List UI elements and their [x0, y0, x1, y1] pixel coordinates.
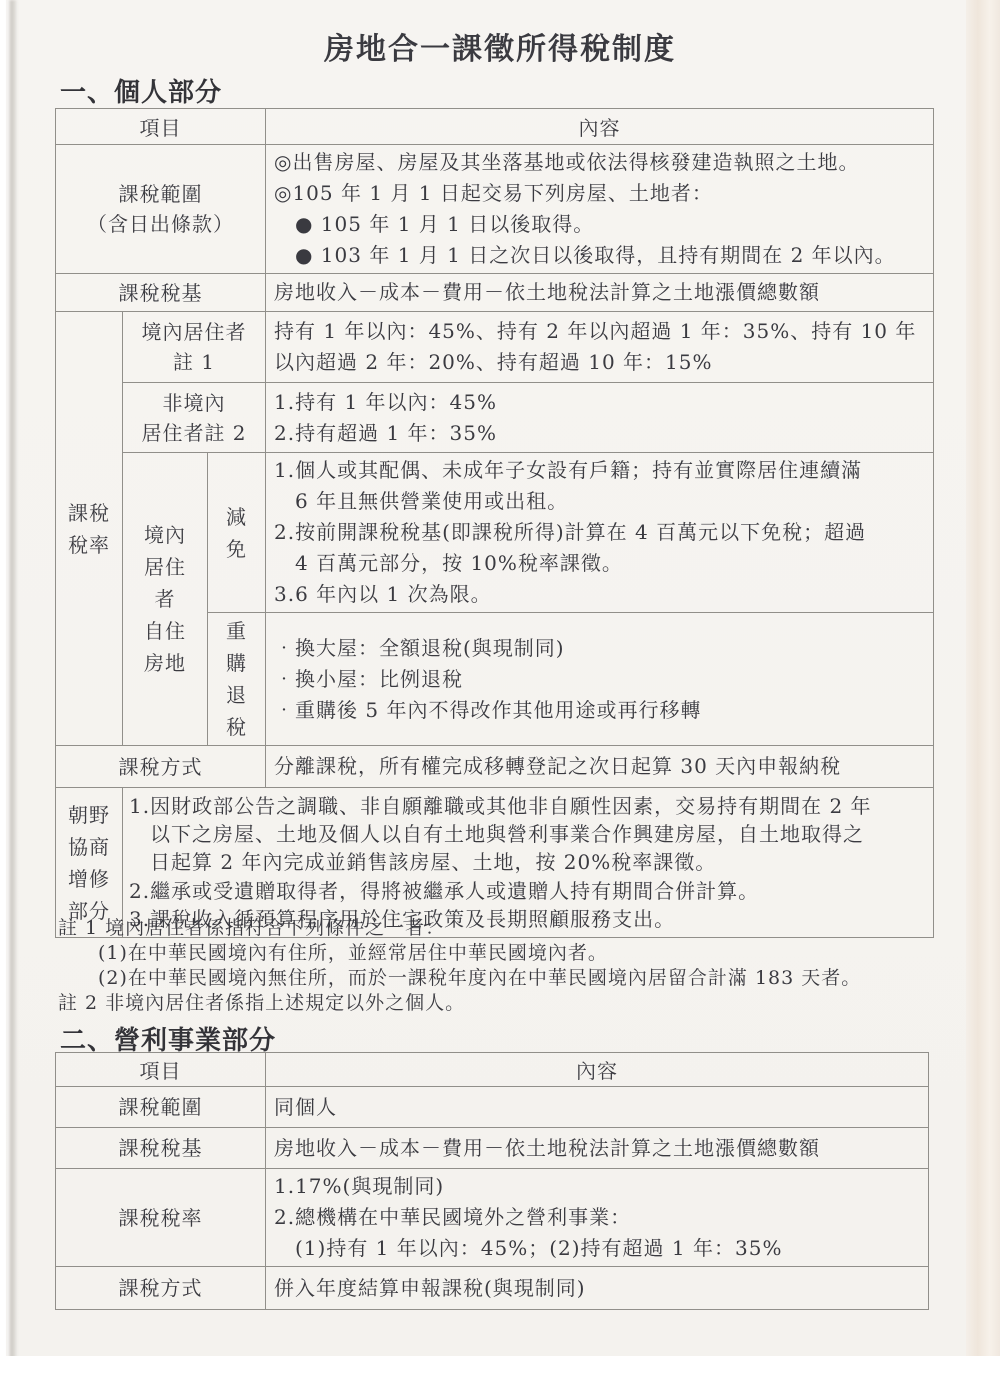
- nonresident-content: 1.持有 1 年以內：45% 2.持有超過 1 年：35%: [266, 383, 934, 453]
- column-header-content: 內容: [266, 1053, 929, 1087]
- table-row: 課稅稅基 房地收入－成本－費用－依土地稅法計算之土地漲價總數額: [56, 274, 934, 312]
- repurchase-label: 重 購 退 稅: [208, 613, 266, 746]
- document-title: 房地合一課徵所得稅制度: [0, 24, 1000, 68]
- tax-base-content: 房地收入－成本－費用－依土地稅法計算之土地漲價總數額: [266, 274, 934, 312]
- scope-content: 同個人: [266, 1087, 929, 1128]
- tax-base-content: 房地收入－成本－費用－依土地稅法計算之土地漲價總數額: [266, 1128, 929, 1169]
- footnotes: 註 1 境內居住者係指符合下列條件之一者： (1)在中華民國境內有住所，並經常居…: [58, 916, 948, 1016]
- table-row: 課稅方式 分離課稅，所有權完成移轉登記之次日起算 30 天內申報納稅: [56, 746, 934, 788]
- tax-method-content: 併入年度結算申報課稅(與現制同): [266, 1267, 929, 1310]
- table-row: 課稅稅率 1.17%(與現制同) 2.總機構在中華民國境外之營利事業： (1)持…: [56, 1169, 929, 1267]
- tax-rate-content: 1.17%(與現制同) 2.總機構在中華民國境外之營利事業： (1)持有 1 年…: [266, 1169, 929, 1267]
- tax-method-label: 課稅方式: [56, 746, 266, 788]
- selfuse-label: 境內 居住 者 自住 房地: [123, 453, 208, 746]
- table-row: 項目 內容: [56, 1053, 929, 1087]
- individual-tax-table: 項目 內容 課稅範圍 （含日出條款） ◎出售房屋、房屋及其坐落基地或依法得核發建…: [55, 108, 934, 938]
- nonresident-label: 非境內 居住者註 2: [123, 383, 266, 453]
- table-row: 朝野 協商 增修 部分 1.因財政部公告之調職、非自願離職或其他非自願性因素，交…: [56, 788, 934, 938]
- resident-label: 境內居住者 註 1: [123, 312, 266, 383]
- tax-method-content: 分離課稅，所有權完成移轉登記之次日起算 30 天內申報納稅: [266, 746, 934, 788]
- scan-right-edge: [966, 0, 1000, 1358]
- scan-bottom-edge: [0, 1356, 1000, 1376]
- table-row: 課稅方式 併入年度結算申報課稅(與現制同): [56, 1267, 929, 1310]
- resident-content: 持有 1 年以內：45%、持有 2 年以內超過 1 年：35%、持有 10 年 …: [266, 312, 934, 383]
- table-row: 境內 居住 者 自住 房地 減 免 1.個人或其配偶、未成年子女設有戶籍；持有並…: [56, 453, 934, 613]
- table-row: 課稅稅基 房地收入－成本－費用－依土地稅法計算之土地漲價總數額: [56, 1128, 929, 1169]
- tax-base-label: 課稅稅基: [56, 274, 266, 312]
- scope-label: 課稅範圍 （含日出條款）: [56, 145, 266, 274]
- tax-rate-label: 課稅 稅率: [56, 312, 123, 746]
- scan-left-shadow: [7, 0, 17, 1358]
- amendment-content: 1.因財政部公告之調職、非自願離職或其他非自願性因素，交易持有期間在 2 年 以…: [123, 788, 934, 938]
- column-header-item: 項目: [56, 109, 266, 145]
- table-row: 項目 內容: [56, 109, 934, 145]
- business-tax-table: 項目 內容 課稅範圍 同個人 課稅稅基 房地收入－成本－費用－依土地稅法計算之土…: [55, 1052, 929, 1310]
- repurchase-content: ‧換大屋：全額退稅(與現制同) ‧換小屋：比例退稅 ‧重購後 5 年內不得改作其…: [266, 613, 934, 746]
- tax-rate-label: 課稅稅率: [56, 1169, 266, 1267]
- reduction-label: 減 免: [208, 453, 266, 613]
- table-row: 課稅範圍 （含日出條款） ◎出售房屋、房屋及其坐落基地或依法得核發建造執照之土地…: [56, 145, 934, 274]
- table-row: 非境內 居住者註 2 1.持有 1 年以內：45% 2.持有超過 1 年：35%: [56, 383, 934, 453]
- column-header-item: 項目: [56, 1053, 266, 1087]
- table-row: 課稅範圍 同個人: [56, 1087, 929, 1128]
- column-header-content: 內容: [266, 109, 934, 145]
- section-1-heading: 一、個人部分: [60, 72, 222, 109]
- scope-label: 課稅範圍: [56, 1087, 266, 1128]
- tax-method-label: 課稅方式: [56, 1267, 266, 1310]
- amendment-label: 朝野 協商 增修 部分: [56, 788, 123, 938]
- reduction-content: 1.個人或其配偶、未成年子女設有戶籍；持有並實際居住連續滿 6 年且無供營業使用…: [266, 453, 934, 613]
- scope-content: ◎出售房屋、房屋及其坐落基地或依法得核發建造執照之土地。 ◎105 年 1 月 …: [266, 145, 934, 274]
- table-row: 課稅 稅率 境內居住者 註 1 持有 1 年以內：45%、持有 2 年以內超過 …: [56, 312, 934, 383]
- tax-base-label: 課稅稅基: [56, 1128, 266, 1169]
